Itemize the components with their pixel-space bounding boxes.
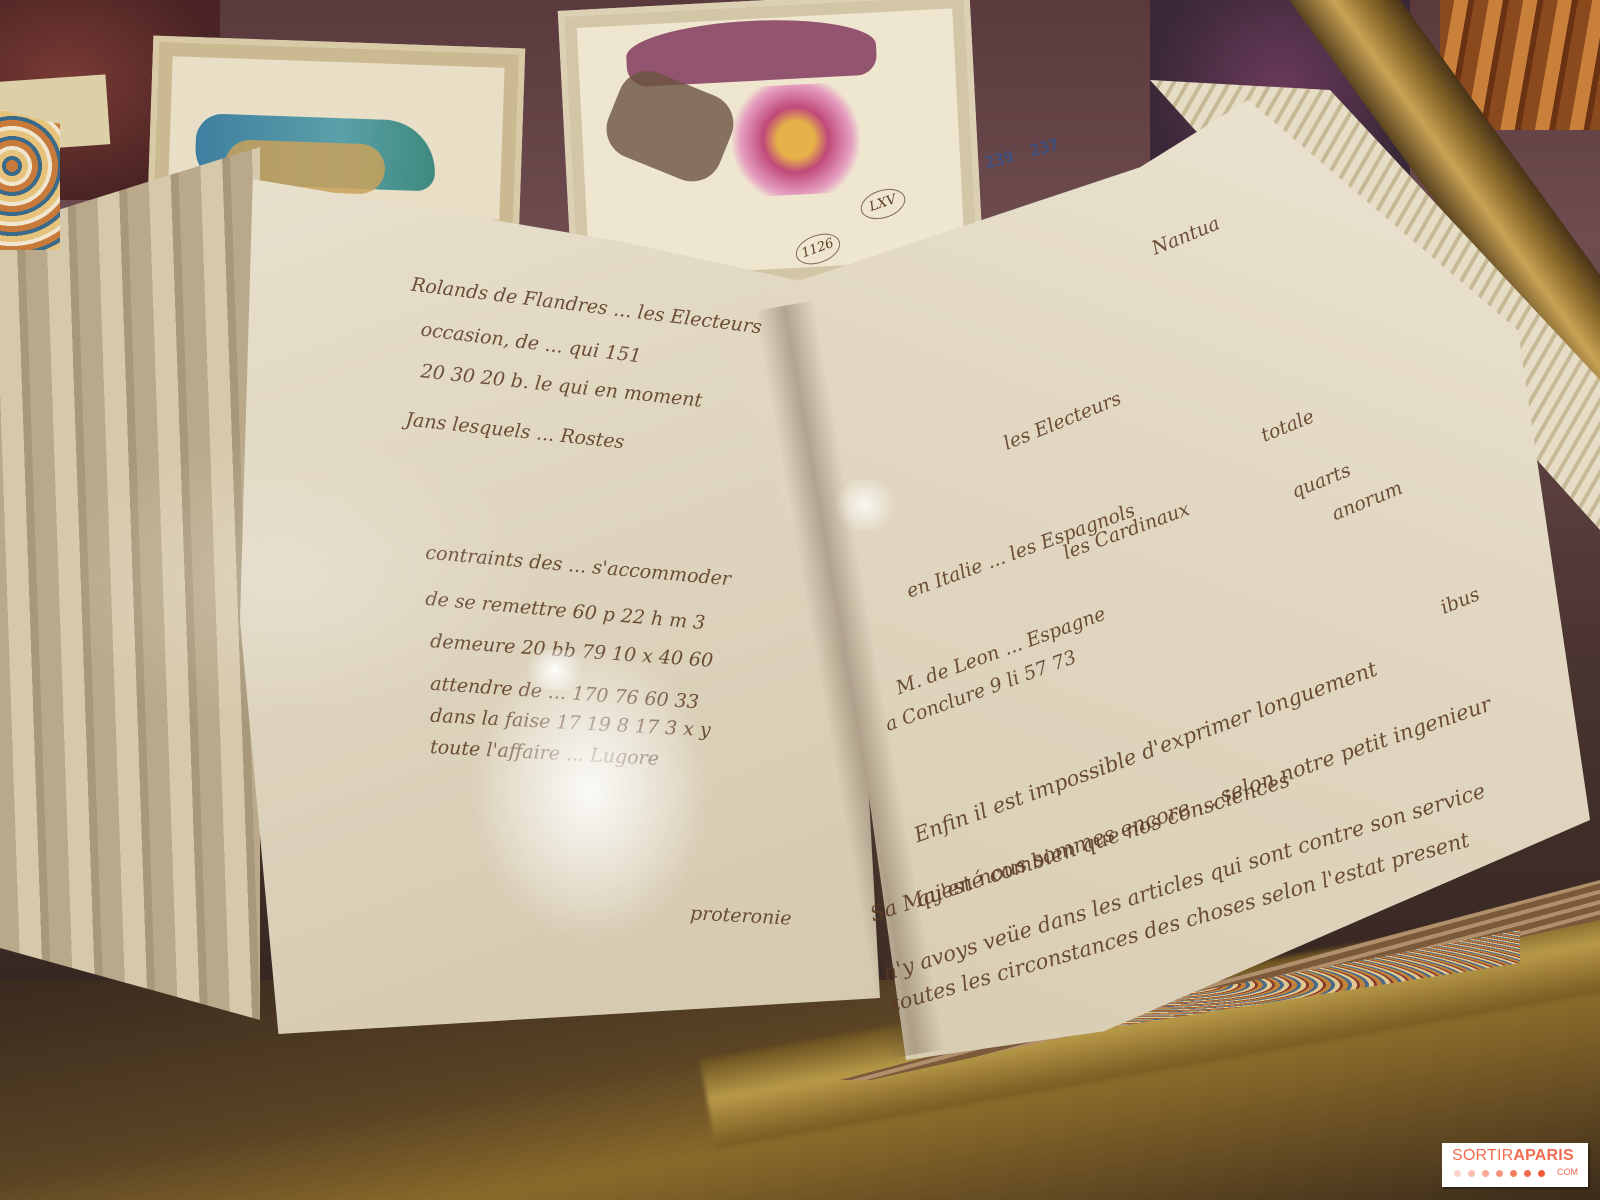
watermark-suffix: COM: [1557, 1167, 1578, 1177]
sortiraparis-watermark: SORTIRAPARIS COM: [1442, 1143, 1588, 1187]
glass-reflection: [40, 430, 540, 730]
watermark-logo-text: SORTIRAPARIS: [1452, 1147, 1574, 1165]
dot-icon: [1496, 1170, 1503, 1177]
folio-stamp: 239: [983, 147, 1016, 172]
photo-scene: 239 237 LXV 1126 Rolands de Flandres ...…: [0, 0, 1600, 1200]
watermark-dots: [1454, 1170, 1545, 1177]
glass-glare: [830, 480, 900, 530]
heraldic-shield-illustration: [718, 81, 874, 199]
dot-icon: [1468, 1170, 1475, 1177]
watermark-text-bold: APARIS: [1513, 1147, 1573, 1164]
dot-icon: [1524, 1170, 1531, 1177]
glass-glare: [520, 650, 590, 690]
marbled-endpaper-left: [0, 110, 60, 250]
dot-icon: [1482, 1170, 1489, 1177]
dot-icon: [1510, 1170, 1517, 1177]
folio-stamp: 237: [1028, 135, 1061, 160]
watermark-text-light: SORTIR: [1452, 1147, 1513, 1164]
dot-icon: [1538, 1170, 1545, 1177]
dot-icon: [1454, 1170, 1461, 1177]
glass-glare: [470, 640, 710, 940]
